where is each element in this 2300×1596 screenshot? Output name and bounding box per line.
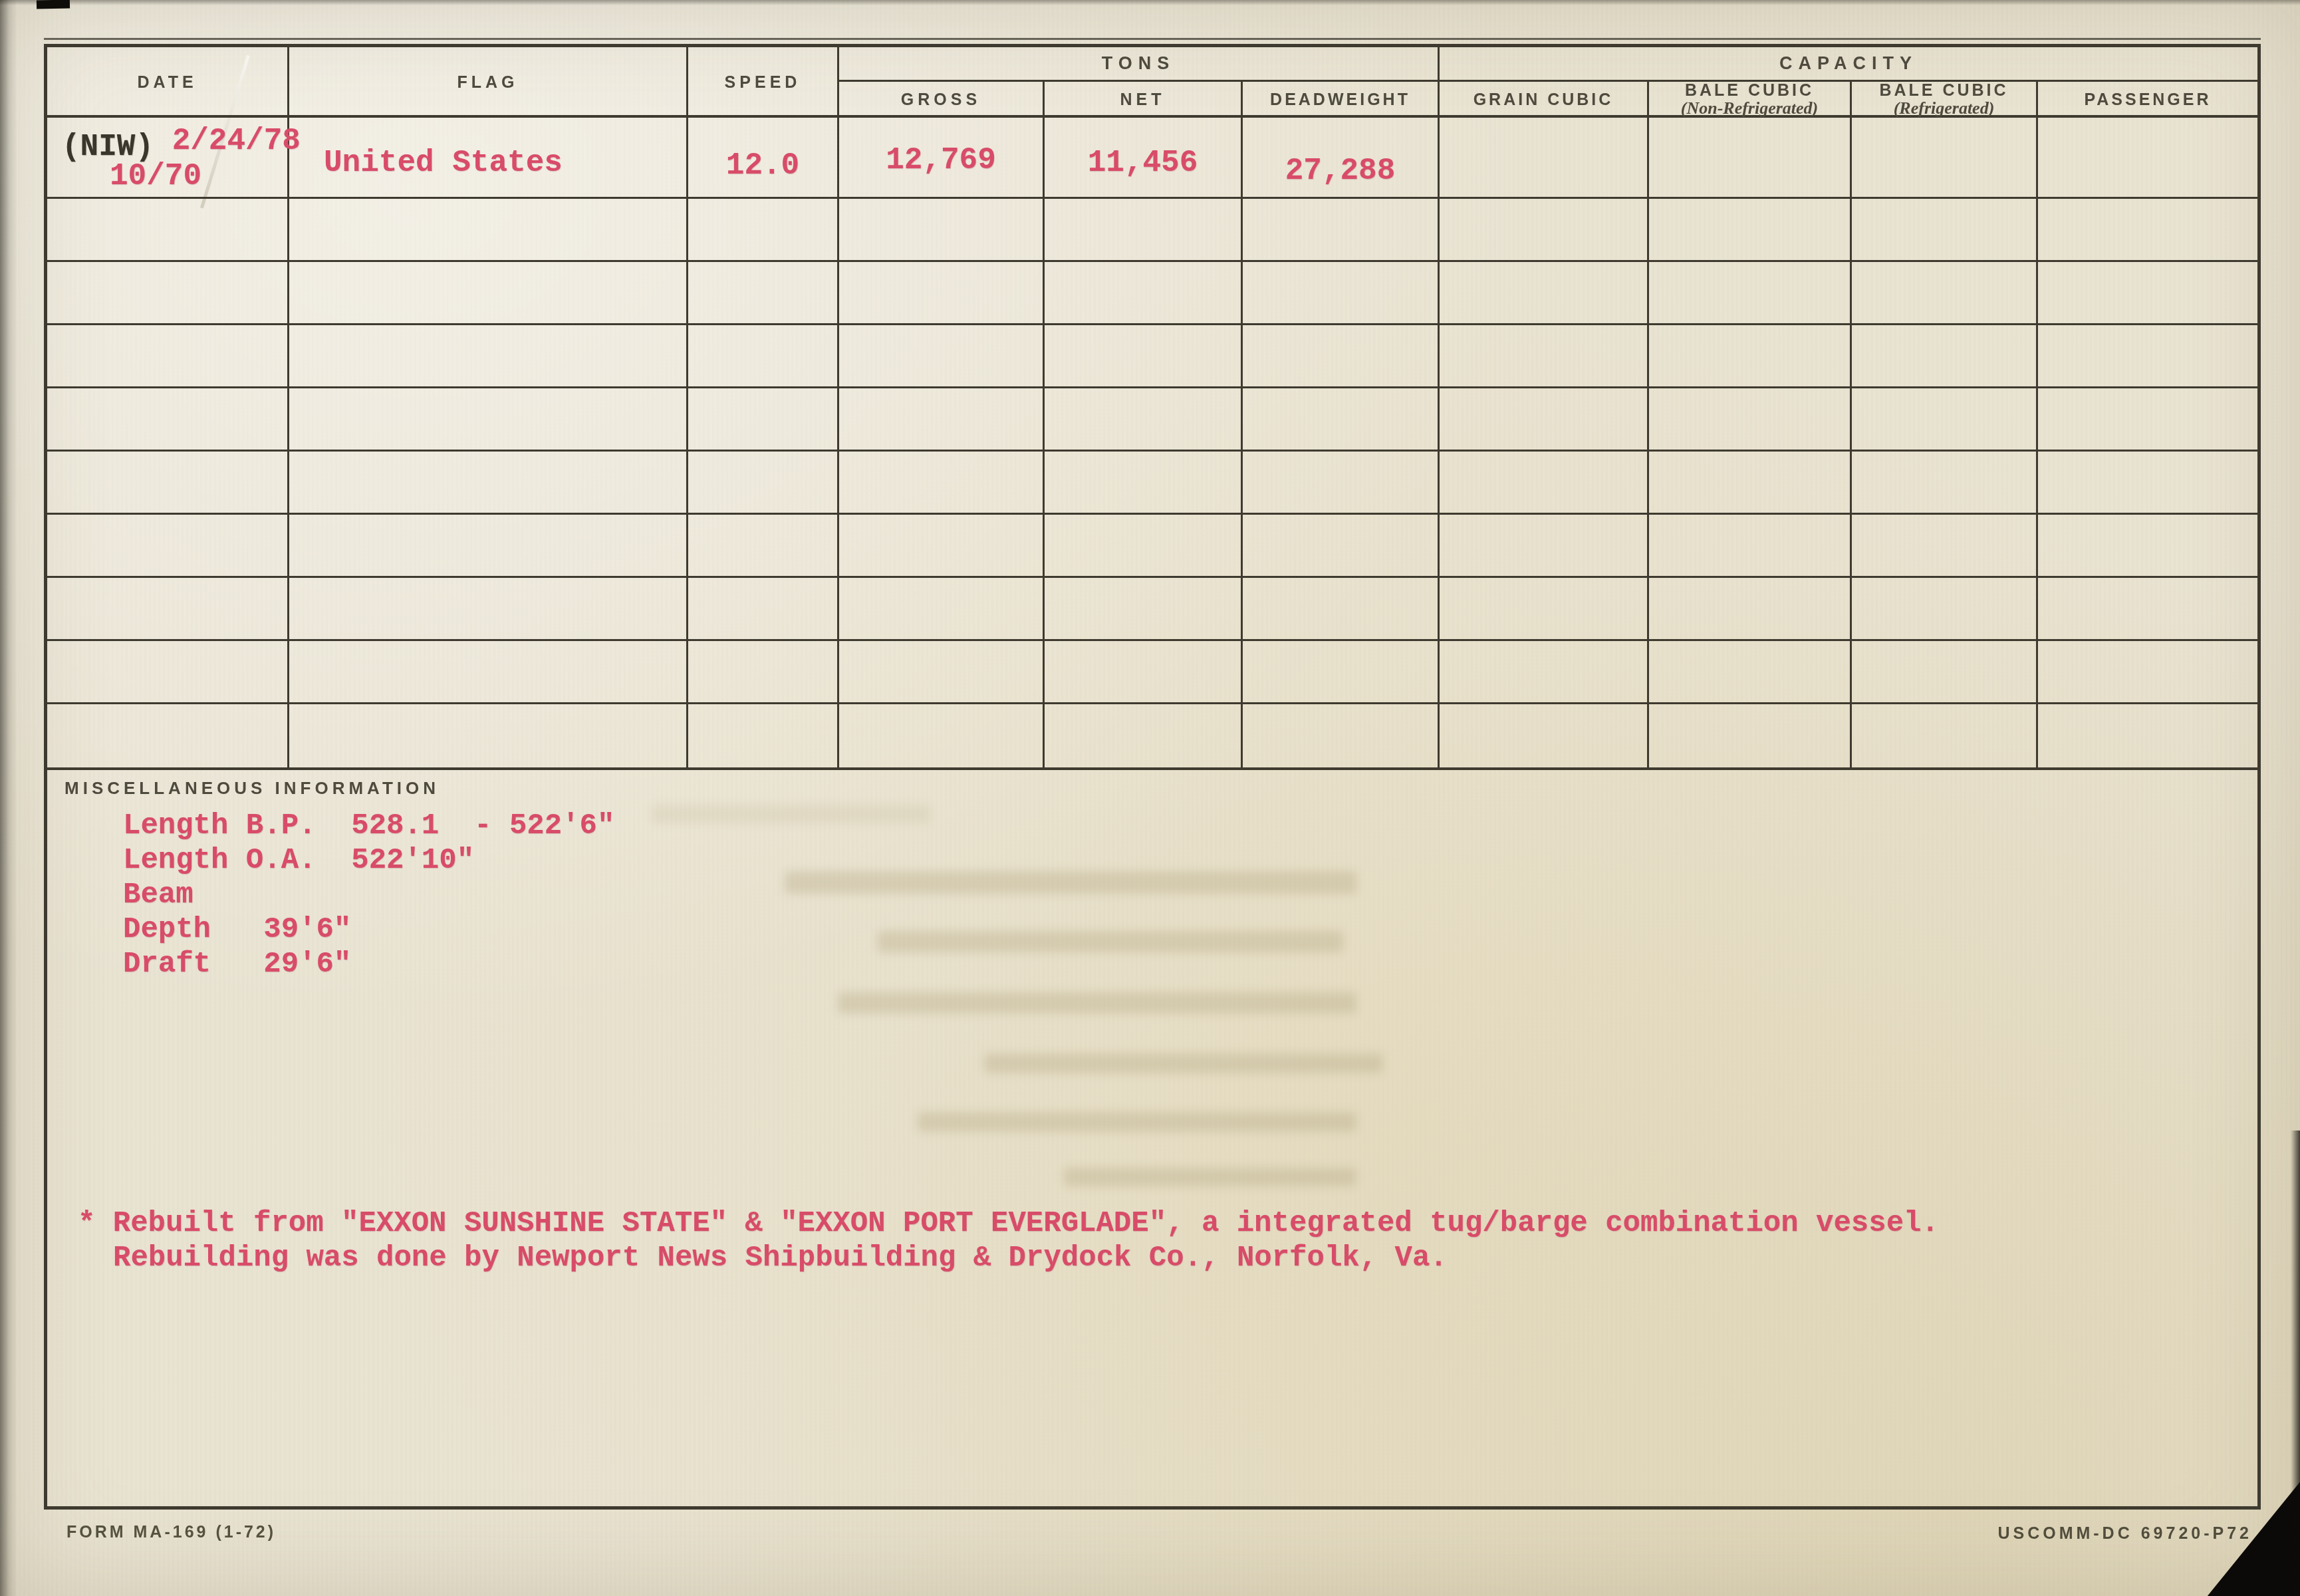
column-header-speed-label: SPEED bbox=[725, 74, 801, 91]
record-form-box: DATE FLAG SPEED TONS CAPACITY GROSS NET … bbox=[44, 44, 2261, 1510]
table-cell-empty bbox=[1649, 704, 1852, 767]
gross-tons-value: 12,769 bbox=[839, 143, 1043, 178]
cell-passenger bbox=[2038, 118, 2257, 197]
table-cell-empty bbox=[688, 578, 839, 639]
table-cell-empty bbox=[47, 452, 289, 513]
column-header-bale-nonref-line2: (Non-Refrigerated) bbox=[1681, 99, 1819, 117]
table-cell-empty bbox=[688, 325, 839, 386]
column-header-flag-label: FLAG bbox=[457, 74, 518, 91]
table-cell-empty bbox=[1243, 641, 1440, 702]
table-row-empty bbox=[47, 578, 2257, 641]
column-header-net-label: NET bbox=[1120, 91, 1166, 108]
table-cell-empty bbox=[47, 262, 289, 323]
column-header-date: DATE bbox=[47, 47, 289, 118]
footer-print-code: USCOMM-DC 69720-P72 bbox=[1997, 1524, 2252, 1543]
table-cell-empty bbox=[839, 388, 1045, 450]
rebuilt-note-line1: * Rebuilt from "EXXON SUNSHINE STATE" & … bbox=[78, 1206, 1939, 1241]
misc-line-draft: Draft 29'6" bbox=[123, 947, 614, 982]
rebuilt-note: * Rebuilt from "EXXON SUNSHINE STATE" & … bbox=[78, 1206, 1939, 1275]
scan-edge-shadow-top bbox=[0, 0, 2300, 5]
speed-value: 12.0 bbox=[688, 148, 837, 183]
table-cell-empty bbox=[1852, 262, 2038, 323]
table-cell-empty bbox=[289, 325, 688, 386]
table-cell-empty bbox=[1243, 325, 1440, 386]
rebuilt-note-line2: Rebuilding was done by Newport News Ship… bbox=[78, 1241, 1939, 1275]
column-header-grain-cubic: GRAIN CUBIC bbox=[1440, 82, 1649, 118]
scan-edge-shadow-left bbox=[0, 0, 17, 1596]
column-header-bale-ref-line2: (Refrigerated) bbox=[1894, 99, 1995, 117]
table-cell-empty bbox=[1045, 452, 1243, 513]
table-cell-empty bbox=[839, 641, 1045, 702]
table-row-empty bbox=[47, 388, 2257, 452]
table-cell-empty bbox=[1440, 388, 1649, 450]
table-cell-empty bbox=[1243, 388, 1440, 450]
table-cell-empty bbox=[289, 262, 688, 323]
column-header-net: NET bbox=[1045, 82, 1243, 118]
table-cell-empty bbox=[1852, 578, 2038, 639]
column-header-flag: FLAG bbox=[289, 47, 688, 118]
table-cell-empty bbox=[839, 704, 1045, 767]
table-row-empty bbox=[47, 641, 2257, 704]
column-header-gross-label: GROSS bbox=[901, 91, 981, 108]
table-cell-empty bbox=[289, 578, 688, 639]
table-cell-empty bbox=[289, 388, 688, 450]
cell-bale-cubic-nonref bbox=[1649, 118, 1852, 197]
table-cell-empty bbox=[2038, 641, 2257, 702]
table-cell-empty bbox=[1649, 325, 1852, 386]
table-cell-empty bbox=[688, 452, 839, 513]
table-cell-empty bbox=[1243, 578, 1440, 639]
column-header-bale-cubic-ref: BALE CUBIC (Refrigerated) bbox=[1852, 82, 2038, 118]
scan-artifact-top-left bbox=[37, 0, 70, 9]
table-cell-empty bbox=[688, 262, 839, 323]
column-header-passenger-label: PASSENGER bbox=[2084, 91, 2211, 108]
table-cell-empty bbox=[289, 515, 688, 576]
table-cell-empty bbox=[289, 641, 688, 702]
table-cell-empty bbox=[47, 515, 289, 576]
table-cell-empty bbox=[839, 325, 1045, 386]
column-header-deadweight-label: DEADWEIGHT bbox=[1270, 91, 1410, 108]
table-cell-empty bbox=[1852, 325, 2038, 386]
table-cell-empty bbox=[2038, 262, 2257, 323]
table-cell-empty bbox=[1045, 262, 1243, 323]
table-cell-empty bbox=[839, 199, 1045, 260]
table-cell-empty bbox=[1045, 704, 1243, 767]
table-cell-empty bbox=[1649, 388, 1852, 450]
table-cell-empty bbox=[1852, 388, 2038, 450]
table-cell-empty bbox=[1852, 199, 2038, 260]
table-cell-empty bbox=[289, 452, 688, 513]
flag-value: United States bbox=[324, 146, 563, 180]
table-cell-empty bbox=[688, 199, 839, 260]
table-cell-empty bbox=[2038, 388, 2257, 450]
table-row-empty bbox=[47, 515, 2257, 578]
column-header-date-label: DATE bbox=[137, 74, 197, 91]
table-cell-empty bbox=[1045, 199, 1243, 260]
table-cell-empty bbox=[1440, 262, 1649, 323]
cell-grain-cubic bbox=[1440, 118, 1649, 197]
cell-speed: 12.0 bbox=[688, 118, 839, 197]
net-tons-value: 11,456 bbox=[1045, 146, 1241, 180]
table-cell-empty bbox=[1852, 452, 2038, 513]
scan-edge-shadow-right bbox=[2291, 1130, 2300, 1596]
table-row-empty bbox=[47, 199, 2257, 262]
column-header-bale-cubic-nonref: BALE CUBIC (Non-Refrigerated) bbox=[1649, 82, 1852, 118]
table-cell-empty bbox=[1649, 641, 1852, 702]
table-cell-empty bbox=[839, 515, 1045, 576]
column-header-grain-cubic-label: GRAIN CUBIC bbox=[1473, 91, 1614, 108]
table-cell-empty bbox=[47, 641, 289, 702]
table-cell-empty bbox=[1045, 515, 1243, 576]
table-cell-empty bbox=[47, 325, 289, 386]
cell-date: (NIW) 2/24/78 10/70 bbox=[47, 118, 289, 197]
table-cell-empty bbox=[1852, 641, 2038, 702]
table-cell-empty bbox=[1243, 704, 1440, 767]
table-header: DATE FLAG SPEED TONS CAPACITY GROSS NET … bbox=[47, 47, 2257, 118]
misc-section: MISCELLANEOUS INFORMATION Length B.P. 52… bbox=[47, 770, 2257, 1498]
table-cell-empty bbox=[839, 578, 1045, 639]
table-cell-empty bbox=[2038, 578, 2257, 639]
table-cell-empty bbox=[1440, 515, 1649, 576]
table-cell-empty bbox=[1649, 578, 1852, 639]
misc-line-beam: Beam bbox=[123, 878, 614, 912]
table-cell-empty bbox=[1440, 325, 1649, 386]
table-cell-empty bbox=[2038, 325, 2257, 386]
table-cell-empty bbox=[688, 641, 839, 702]
table-cell-empty bbox=[688, 704, 839, 767]
table-cell-empty bbox=[688, 388, 839, 450]
table-cell-empty bbox=[1243, 452, 1440, 513]
table-row-empty bbox=[47, 325, 2257, 388]
misc-line-depth: Depth 39'6" bbox=[123, 912, 614, 947]
table-cell-empty bbox=[1440, 199, 1649, 260]
table-cell-empty bbox=[1243, 199, 1440, 260]
cell-deadweight-tons: 27,288 bbox=[1243, 118, 1440, 197]
table-cell-empty bbox=[688, 515, 839, 576]
column-header-gross: GROSS bbox=[839, 82, 1045, 118]
table-cell-empty bbox=[2038, 199, 2257, 260]
table-cell-empty bbox=[289, 704, 688, 767]
group-header-capacity: CAPACITY bbox=[1440, 47, 2257, 82]
table-cell-empty bbox=[1045, 388, 1243, 450]
table-cell-empty bbox=[1649, 199, 1852, 260]
table-body: (NIW) 2/24/78 10/70 United States 12.0 1… bbox=[47, 118, 2257, 770]
table-cell-empty bbox=[1045, 578, 1243, 639]
table-cell-empty bbox=[1440, 578, 1649, 639]
table-row-empty bbox=[47, 452, 2257, 515]
table-row-empty bbox=[47, 704, 2257, 767]
table-cell-empty bbox=[2038, 452, 2257, 513]
column-header-bale-ref-line1: BALE CUBIC bbox=[1879, 82, 2008, 99]
footer-form-number: FORM MA-169 (1-72) bbox=[66, 1523, 276, 1542]
table-cell-empty bbox=[1440, 704, 1649, 767]
group-header-capacity-label: CAPACITY bbox=[1779, 54, 1918, 72]
table-row-empty bbox=[47, 262, 2257, 325]
column-header-speed: SPEED bbox=[688, 47, 839, 118]
vessel-record-card: DATE FLAG SPEED TONS CAPACITY GROSS NET … bbox=[0, 0, 2300, 1596]
cell-net-tons: 11,456 bbox=[1045, 118, 1243, 197]
date-value: 2/24/78 bbox=[172, 124, 301, 158]
table-cell-empty bbox=[47, 704, 289, 767]
table-cell-empty bbox=[839, 262, 1045, 323]
table-cell-empty bbox=[2038, 515, 2257, 576]
cell-bale-cubic-ref bbox=[1852, 118, 2038, 197]
table-cell-empty bbox=[1243, 262, 1440, 323]
table-cell-empty bbox=[2038, 704, 2257, 767]
table-cell-empty bbox=[47, 199, 289, 260]
date-secondary: 10/70 bbox=[110, 159, 201, 194]
misc-info-block: Length B.P. 528.1 - 522'6" Length O.A. 5… bbox=[123, 809, 614, 982]
table-cell-empty bbox=[1852, 515, 2038, 576]
table-cell-empty bbox=[1649, 452, 1852, 513]
column-header-deadweight: DEADWEIGHT bbox=[1243, 82, 1440, 118]
table-cell-empty bbox=[1852, 704, 2038, 767]
table-cell-empty bbox=[289, 199, 688, 260]
group-header-tons-label: TONS bbox=[1102, 54, 1176, 72]
cell-flag: United States bbox=[289, 118, 688, 197]
table-cell-empty bbox=[47, 578, 289, 639]
deadweight-tons-value: 27,288 bbox=[1243, 154, 1438, 188]
misc-section-label: MISCELLANEOUS INFORMATION bbox=[64, 778, 440, 799]
table-cell-empty bbox=[1045, 325, 1243, 386]
group-header-tons: TONS bbox=[839, 47, 1440, 82]
table-row-entry: (NIW) 2/24/78 10/70 United States 12.0 1… bbox=[47, 118, 2257, 199]
table-cell-empty bbox=[1243, 515, 1440, 576]
table-cell-empty bbox=[1440, 452, 1649, 513]
column-header-passenger: PASSENGER bbox=[2038, 82, 2257, 118]
misc-line-length-oa: Length O.A. 522'10" bbox=[123, 843, 614, 878]
cell-gross-tons: 12,769 bbox=[839, 118, 1045, 197]
table-cell-empty bbox=[47, 388, 289, 450]
table-cell-empty bbox=[1649, 515, 1852, 576]
table-cell-empty bbox=[839, 452, 1045, 513]
column-header-bale-nonref-line1: BALE CUBIC bbox=[1685, 82, 1814, 99]
table-cell-empty bbox=[1440, 641, 1649, 702]
table-cell-empty bbox=[1045, 641, 1243, 702]
misc-line-length-bp: Length B.P. 528.1 - 522'6" bbox=[123, 809, 614, 843]
table-cell-empty bbox=[1649, 262, 1852, 323]
